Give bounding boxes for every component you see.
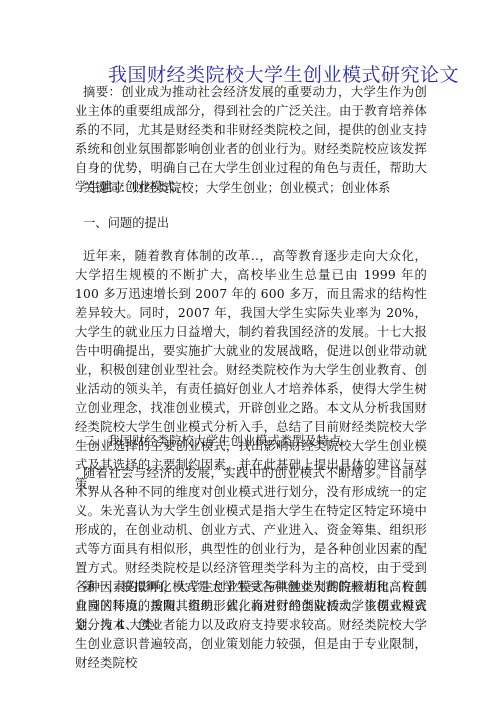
keywords-line: 关键词：财经类院校；大学生创业；创业模式；创业体系: [83, 179, 390, 198]
section-1-paragraph: 近年来，随着教育体制的改革..，高等教育逐步走向大众化，大学招生规模的不断扩大，…: [75, 247, 427, 494]
section-1-heading: 一、问题的提出: [83, 214, 169, 233]
section-2-point-1: 第一，模拟孵化模式是大学生受各种创业大赛的驱动和高校创业园区环境的熏陶、资助、催…: [75, 578, 427, 673]
section-2-heading: 二、我国财经类院校大学生创业模式类型及特点: [83, 432, 341, 451]
